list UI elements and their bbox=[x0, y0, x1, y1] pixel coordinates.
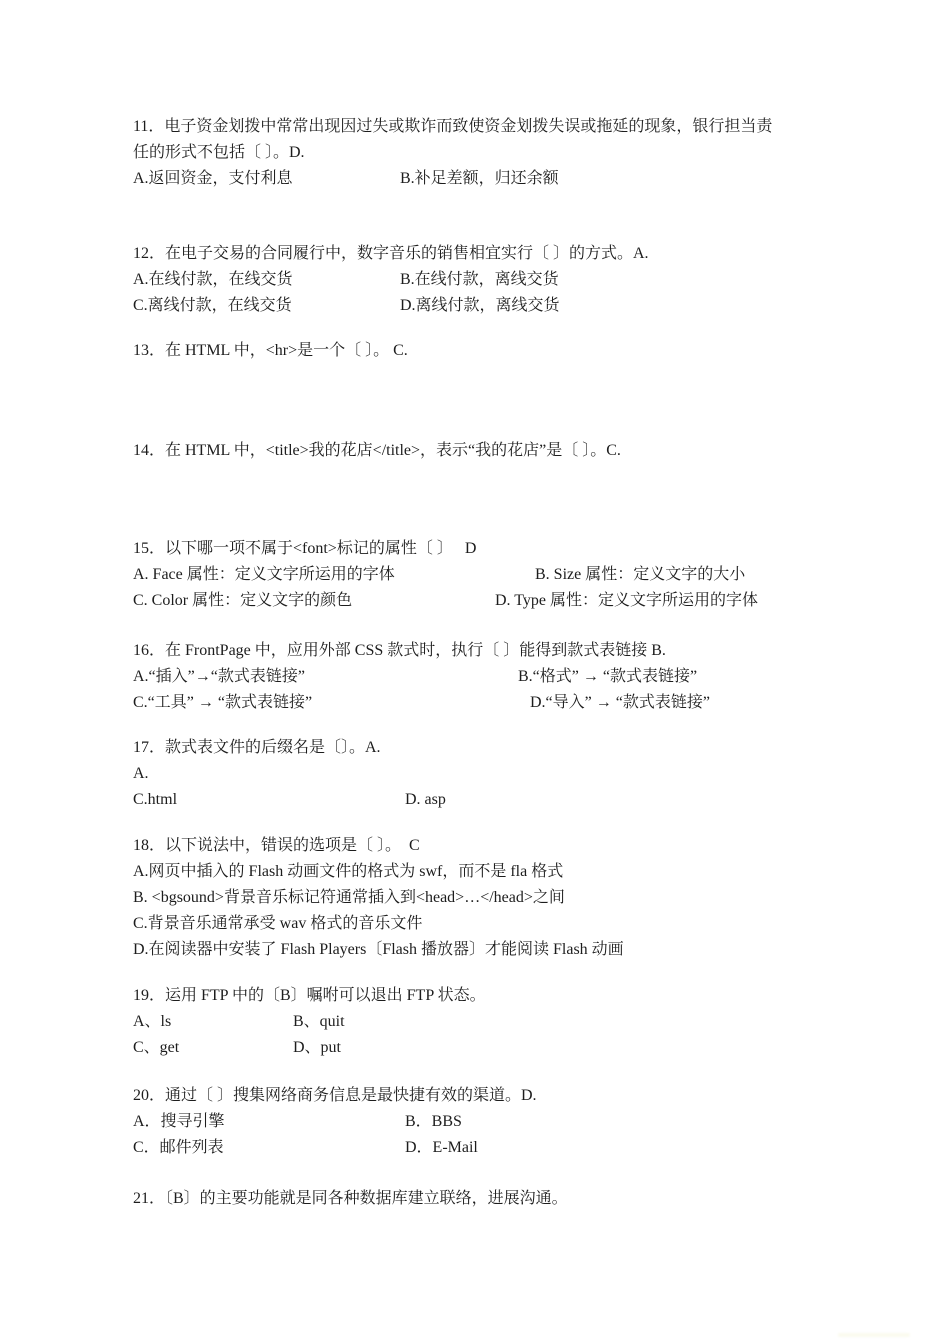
question-20-option-row: A．搜寻引擎B．BBS bbox=[133, 1109, 830, 1135]
question-18: 18．以下说法中，错误的选项是〔 〕。 CA.网页中插入的 Flash 动画文件… bbox=[133, 833, 830, 963]
question-20-option-left: C．邮件列表 bbox=[133, 1135, 405, 1161]
question-18-line: B. <bgsound>背景音乐标记符通常插入到<head>…</head>之间 bbox=[133, 885, 830, 911]
question-15-option-row: C. Color 属性：定义文字的颜色D. Type 属性：定义文字所运用的字体 bbox=[133, 588, 830, 614]
question-20: 20．通过〔 〕搜集网络商务信息是最快捷有效的渠道。D.A．搜寻引擎B．BBSC… bbox=[133, 1083, 830, 1161]
question-19-option-right: D、put bbox=[293, 1035, 341, 1061]
question-11-line: 任的形式不包括〔 〕。D. bbox=[133, 140, 830, 166]
question-21: 21．〔B〕的主要功能就是同各种数据库建立联络，进展沟通。 bbox=[133, 1186, 830, 1212]
question-21-stem: 21．〔B〕的主要功能就是同各种数据库建立联络，进展沟通。 bbox=[133, 1186, 830, 1212]
question-15-option-left: C. Color 属性：定义文字的颜色 bbox=[133, 588, 495, 614]
question-16-stem: 16．在 FrontPage 中，应用外部 CSS 款式时，执行〔 〕能得到款式… bbox=[133, 638, 830, 664]
question-20-option-right: D．E-Mail bbox=[405, 1135, 478, 1161]
question-16-option-row: A.“插入”→“款式表链接”B.“格式” → “款式表链接” bbox=[133, 664, 830, 690]
question-15-option-row: A. Face 属性：定义文字所运用的字体B. Size 属性：定义文字的大小 bbox=[133, 562, 830, 588]
question-15: 15．以下哪一项不属于<font>标记的属性〔 〕 DA. Face 属性：定义… bbox=[133, 536, 830, 614]
question-18-line: A.网页中插入的 Flash 动画文件的格式为 swf，而不是 fla 格式 bbox=[133, 859, 830, 885]
exam-document-page: 11．电子资金划拨中常常出现因过失或欺诈而致使资金划拨失误或拖延的现象，银行担当… bbox=[0, 0, 950, 1341]
question-11-option-left: A.返回资金，支付利息 bbox=[133, 166, 400, 192]
question-20-stem: 20．通过〔 〕搜集网络商务信息是最快捷有效的渠道。D. bbox=[133, 1083, 830, 1109]
question-16-option-row: C.“工具” → “款式表链接”D.“导入” → “款式表链接” bbox=[133, 690, 830, 716]
question-20-option-right: B．BBS bbox=[405, 1109, 462, 1135]
question-12-stem: 12．在电子交易的合同履行中，数字音乐的销售相宜实行〔 〕的方式。A. bbox=[133, 241, 830, 267]
question-17-option-left: C.html bbox=[133, 787, 405, 813]
question-16: 16．在 FrontPage 中，应用外部 CSS 款式时，执行〔 〕能得到款式… bbox=[133, 638, 830, 716]
question-13-stem: 13．在 HTML 中，<hr>是一个〔 〕。 C. bbox=[133, 338, 830, 364]
question-19-option-left: C、get bbox=[133, 1035, 293, 1061]
question-11-option-row: A.返回资金，支付利息B.补足差额，归还余额 bbox=[133, 166, 830, 192]
question-12-option-row: A.在线付款，在线交货B.在线付款，离线交货 bbox=[133, 267, 830, 293]
question-15-option-left: A. Face 属性：定义文字所运用的字体 bbox=[133, 562, 535, 588]
question-11-option-right: B.补足差额，归还余额 bbox=[400, 166, 559, 192]
question-16-option-right: D.“导入” → “款式表链接” bbox=[530, 690, 710, 716]
question-19-option-right: B、quit bbox=[293, 1009, 345, 1035]
question-16-option-left: C.“工具” → “款式表链接” bbox=[133, 690, 530, 716]
question-19-option-left: A、ls bbox=[133, 1009, 293, 1035]
question-12-option-right: B.在线付款，离线交货 bbox=[400, 267, 559, 293]
question-15-option-right: B. Size 属性：定义文字的大小 bbox=[535, 562, 745, 588]
question-19-option-row: C、getD、put bbox=[133, 1035, 830, 1061]
question-list: 11．电子资金划拨中常常出现因过失或欺诈而致使资金划拨失误或拖延的现象，银行担当… bbox=[133, 114, 830, 1212]
question-12: 12．在电子交易的合同履行中，数字音乐的销售相宜实行〔 〕的方式。A.A.在线付… bbox=[133, 241, 830, 319]
question-15-option-right: D. Type 属性：定义文字所运用的字体 bbox=[495, 588, 758, 614]
question-19-stem: 19．运用 FTP 中的〔B〕嘱咐可以退出 FTP 状态。 bbox=[133, 983, 830, 1009]
question-12-option-left: C.离线付款，在线交货 bbox=[133, 293, 400, 319]
question-14-stem: 14．在 HTML 中，<title>我的花店</title>，表示“我的花店”… bbox=[133, 438, 830, 464]
question-17-option-row: C.htmlD. asp bbox=[133, 787, 830, 813]
question-14: 14．在 HTML 中，<title>我的花店</title>，表示“我的花店”… bbox=[133, 438, 830, 464]
question-20-option-row: C．邮件列表D．E-Mail bbox=[133, 1135, 830, 1161]
question-17: 17．款式表文件的后缀名是〔〕。A.A.C.htmlD. asp bbox=[133, 735, 830, 813]
question-12-option-row: C.离线付款，在线交货D.离线付款，离线交货 bbox=[133, 293, 830, 319]
question-16-option-left: A.“插入”→“款式表链接” bbox=[133, 664, 518, 690]
question-13: 13．在 HTML 中，<hr>是一个〔 〕。 C. bbox=[133, 338, 830, 364]
question-18-line: D.在阅读器中安装了 Flash Players〔Flash 播放器〕才能阅读 … bbox=[133, 937, 830, 963]
question-18-stem: 18．以下说法中，错误的选项是〔 〕。 C bbox=[133, 833, 830, 859]
question-20-option-left: A．搜寻引擎 bbox=[133, 1109, 405, 1135]
question-11-stem: 11．电子资金划拨中常常出现因过失或欺诈而致使资金划拨失误或拖延的现象，银行担当… bbox=[133, 114, 830, 140]
question-17-stem: 17．款式表文件的后缀名是〔〕。A. bbox=[133, 735, 830, 761]
question-19-option-row: A、lsB、quit bbox=[133, 1009, 830, 1035]
question-19: 19．运用 FTP 中的〔B〕嘱咐可以退出 FTP 状态。A、lsB、quitC… bbox=[133, 983, 830, 1061]
question-16-option-right: B.“格式” → “款式表链接” bbox=[518, 664, 697, 690]
question-12-option-left: A.在线付款，在线交货 bbox=[133, 267, 400, 293]
question-18-line: C.背景音乐通常承受 wav 格式的音乐文件 bbox=[133, 911, 830, 937]
question-17-option-right: D. asp bbox=[405, 787, 446, 813]
question-11: 11．电子资金划拨中常常出现因过失或欺诈而致使资金划拨失误或拖延的现象，银行担当… bbox=[133, 114, 830, 192]
page-artifact bbox=[838, 1333, 910, 1337]
question-12-option-right: D.离线付款，离线交货 bbox=[400, 293, 560, 319]
question-17-line: A. bbox=[133, 761, 830, 787]
question-15-stem: 15．以下哪一项不属于<font>标记的属性〔 〕 D bbox=[133, 536, 830, 562]
